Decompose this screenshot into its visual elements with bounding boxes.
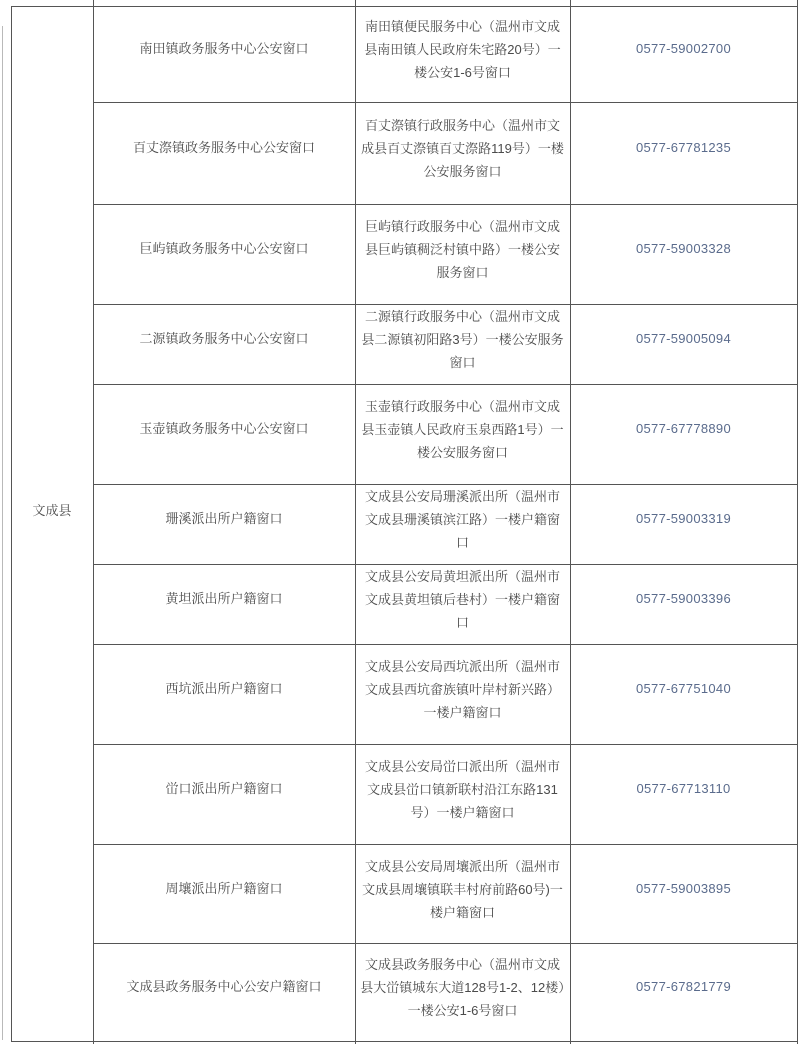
phone-number: 0577-67751040: [636, 681, 731, 696]
table-row: 峃口派出所户籍窗口 文成县公安局峃口派出所（温州市文成县峃口镇新联村沿江东路13…: [2, 745, 797, 845]
phone-number: 0577-67821779: [636, 979, 731, 994]
address-text: 南田镇便民服务中心（温州市文成县南田镇人民政府朱宅路20号）一楼公安1-6号窗口: [364, 19, 560, 80]
phone-number: 0577-67778890: [636, 421, 731, 436]
address-text: 百丈漈镇行政服务中心（温州市文成县百丈漈镇百丈漈路119号）一楼公安服务窗口: [361, 118, 564, 179]
phone-cell: 0577-59003328: [570, 205, 797, 305]
address-cell: 文成县公安局黄坦派出所（温州市文成县黄坦镇后巷村）一楼户籍窗口: [355, 565, 570, 645]
phone-cell: 0577-59003895: [570, 845, 797, 944]
phone-cell: 0577-67821779: [570, 944, 797, 1042]
phone-cell: 0577-67781235: [570, 103, 797, 205]
cropped-column-sliver: [2, 103, 11, 205]
cropped-column-sliver: [2, 385, 11, 485]
table-row: 黄坦派出所户籍窗口 文成县公安局黄坦派出所（温州市文成县黄坦镇后巷村）一楼户籍窗…: [2, 565, 797, 645]
address-text: 文成县公安局黄坦派出所（温州市文成县黄坦镇后巷村）一楼户籍窗口: [365, 569, 560, 630]
table-row: 文成县 南田镇政务服务中心公安窗口 南田镇便民服务中心（温州市文成县南田镇人民政…: [2, 7, 797, 103]
phone-number: 0577-59002700: [636, 41, 731, 56]
table-row: 巨屿镇政务服务中心公安窗口 巨屿镇行政服务中心（温州市文成县巨屿镇稠泛村镇中路）…: [2, 205, 797, 305]
address-cell: 文成县政务服务中心（温州市文成县大峃镇城东大道128号1-2、12楼）一楼公安1…: [355, 944, 570, 1042]
window-name-cell: 玉壶镇政务服务中心公安窗口: [93, 385, 355, 485]
window-name: 峃口派出所户籍窗口: [165, 781, 282, 796]
window-name: 西坑派出所户籍窗口: [165, 681, 282, 696]
cropped-column-sliver: [2, 565, 11, 645]
phone-cell: 0577-67713110: [570, 745, 797, 845]
phone-number: 0577-59003895: [636, 881, 731, 896]
table-row: 西坑派出所户籍窗口 文成县公安局西坑派出所（温州市文成县西坑畲族镇叶岸村新兴路）…: [2, 645, 797, 745]
window-name: 文成县政务服务中心公安户籍窗口: [126, 979, 321, 994]
window-name: 玉壶镇政务服务中心公安窗口: [139, 421, 308, 436]
table-row: 文成县政务服务中心公安户籍窗口 文成县政务服务中心（温州市文成县大峃镇城东大道1…: [2, 944, 797, 1042]
table-row: 玉壶镇政务服务中心公安窗口 玉壶镇行政服务中心（温州市文成县玉壶镇人民政府玉泉西…: [2, 385, 797, 485]
phone-cell: 0577-59003319: [570, 485, 797, 565]
cropped-column-sliver: [2, 745, 11, 845]
window-name: 巨屿镇政务服务中心公安窗口: [139, 241, 308, 256]
window-name-cell: 黄坦派出所户籍窗口: [93, 565, 355, 645]
address-cell: 南田镇便民服务中心（温州市文成县南田镇人民政府朱宅路20号）一楼公安1-6号窗口: [355, 7, 570, 103]
window-name-cell: 峃口派出所户籍窗口: [93, 745, 355, 845]
address-cell: 玉壶镇行政服务中心（温州市文成县玉壶镇人民政府玉泉西路1号）一楼公安服务窗口: [355, 385, 570, 485]
county-label: 文成县: [32, 503, 71, 518]
phone-number: 0577-59003328: [636, 241, 731, 256]
address-cell: 二源镇行政服务中心（温州市文成县二源镇初阳路3号）一楼公安服务窗口: [355, 305, 570, 385]
table-row: 百丈漈镇政务服务中心公安窗口 百丈漈镇行政服务中心（温州市文成县百丈漈镇百丈漈路…: [2, 103, 797, 205]
phone-cell: 0577-59002700: [570, 7, 797, 103]
address-text: 文成县公安局珊溪派出所（温州市文成县珊溪镇滨江路）一楼户籍窗口: [365, 489, 560, 550]
address-text: 巨屿镇行政服务中心（温州市文成县巨屿镇稠泛村镇中路）一楼公安服务窗口: [365, 219, 560, 280]
cropped-column-sliver: [2, 485, 11, 565]
address-cell: 文成县公安局西坑派出所（温州市文成县西坑畲族镇叶岸村新兴路）一楼户籍窗口: [355, 645, 570, 745]
phone-number: 0577-59003319: [636, 511, 731, 526]
address-text: 文成县公安局周壤派出所（温州市文成县周壤镇联丰村府前路60号)一楼户籍窗口: [362, 859, 563, 920]
cropped-column-sliver: [2, 944, 11, 1042]
address-cell: 文成县公安局周壤派出所（温州市文成县周壤镇联丰村府前路60号)一楼户籍窗口: [355, 845, 570, 944]
phone-cell: 0577-67751040: [570, 645, 797, 745]
phone-cell: 0577-59003396: [570, 565, 797, 645]
cropped-column-sliver: [2, 205, 11, 305]
cropped-column-sliver: [2, 305, 11, 385]
address-text: 二源镇行政服务中心（温州市文成县二源镇初阳路3号）一楼公安服务窗口: [361, 309, 563, 370]
window-name-cell: 南田镇政务服务中心公安窗口: [93, 7, 355, 103]
address-text: 玉壶镇行政服务中心（温州市文成县玉壶镇人民政府玉泉西路1号）一楼公安服务窗口: [361, 399, 563, 460]
window-name-cell: 百丈漈镇政务服务中心公安窗口: [93, 103, 355, 205]
window-name-cell: 珊溪派出所户籍窗口: [93, 485, 355, 565]
phone-number: 0577-59005094: [636, 331, 731, 346]
phone-cell: 0577-67778890: [570, 385, 797, 485]
window-name-cell: 二源镇政务服务中心公安窗口: [93, 305, 355, 385]
cropped-column-sliver: [2, 845, 11, 944]
address-cell: 文成县公安局峃口派出所（温州市文成县峃口镇新联村沿江东路131号）一楼户籍窗口: [355, 745, 570, 845]
address-cell: 巨屿镇行政服务中心（温州市文成县巨屿镇稠泛村镇中路）一楼公安服务窗口: [355, 205, 570, 305]
phone-cell: 0577-59005094: [570, 305, 797, 385]
table-row: 珊溪派出所户籍窗口 文成县公安局珊溪派出所（温州市文成县珊溪镇滨江路）一楼户籍窗…: [2, 485, 797, 565]
window-name-cell: 文成县政务服务中心公安户籍窗口: [93, 944, 355, 1042]
address-cell: 百丈漈镇行政服务中心（温州市文成县百丈漈镇百丈漈路119号）一楼公安服务窗口: [355, 103, 570, 205]
window-name: 黄坦派出所户籍窗口: [165, 591, 282, 606]
cropped-column-sliver: [2, 645, 11, 745]
phone-number: 0577-59003396: [636, 591, 731, 606]
phone-number: 0577-67781235: [636, 140, 731, 155]
window-name: 周壤派出所户籍窗口: [165, 881, 282, 896]
window-name: 二源镇政务服务中心公安窗口: [139, 331, 308, 346]
phone-number: 0577-67713110: [636, 781, 730, 796]
window-name: 珊溪派出所户籍窗口: [165, 511, 282, 526]
window-name-cell: 周壤派出所户籍窗口: [93, 845, 355, 944]
address-cell: 文成县公安局珊溪派出所（温州市文成县珊溪镇滨江路）一楼户籍窗口: [355, 485, 570, 565]
address-text: 文成县公安局西坑派出所（温州市文成县西坑畲族镇叶岸村新兴路）一楼户籍窗口: [365, 659, 560, 720]
window-name-cell: 巨屿镇政务服务中心公安窗口: [93, 205, 355, 305]
address-text: 文成县政务服务中心（温州市文成县大峃镇城东大道128号1-2、12楼）一楼公安1…: [360, 957, 564, 1018]
window-name-cell: 西坑派出所户籍窗口: [93, 645, 355, 745]
police-service-windows-table: 文成县 南田镇政务服务中心公安窗口 南田镇便民服务中心（温州市文成县南田镇人民政…: [2, 0, 798, 1044]
address-text: 文成县公安局峃口派出所（温州市文成县峃口镇新联村沿江东路131号）一楼户籍窗口: [365, 759, 560, 820]
county-cell: 文成县: [11, 7, 93, 1042]
table-row: 周壤派出所户籍窗口 文成县公安局周壤派出所（温州市文成县周壤镇联丰村府前路60号…: [2, 845, 797, 944]
service-windows-page: 文成县 南田镇政务服务中心公安窗口 南田镇便民服务中心（温州市文成县南田镇人民政…: [0, 0, 800, 1044]
cropped-column-sliver: [2, 7, 11, 103]
window-name: 南田镇政务服务中心公安窗口: [139, 41, 308, 56]
table-row: 二源镇政务服务中心公安窗口 二源镇行政服务中心（温州市文成县二源镇初阳路3号）一…: [2, 305, 797, 385]
window-name: 百丈漈镇政务服务中心公安窗口: [133, 140, 315, 155]
